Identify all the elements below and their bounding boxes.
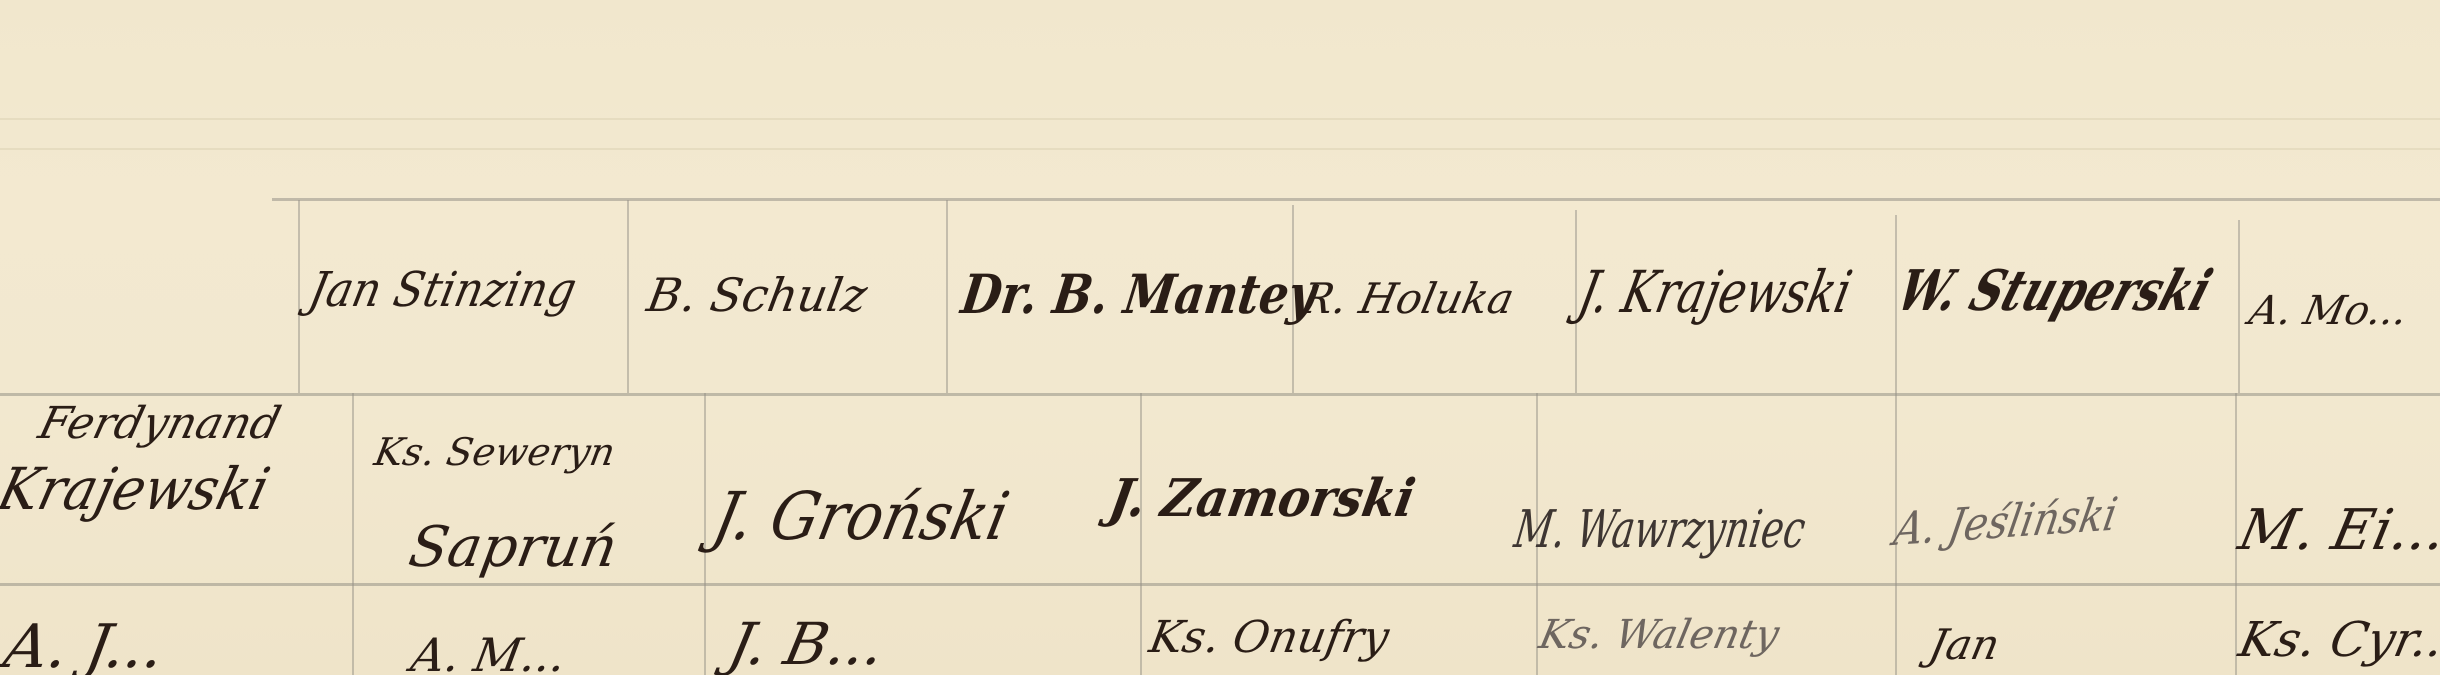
signature-jan-stinzing: Jan Stinzing [304,262,581,318]
signature-ks-seweryn-line1: Ks. Seweryn [371,430,618,474]
signature-ks-seweryn: Ks. Seweryn [371,430,618,474]
signature-j-krajewski: J. Krajewski [1573,258,1858,326]
signature-b-schulz: B. Schulz [643,268,871,322]
signature-row3-col3-partial: J. B... [723,610,891,675]
grid-column-line [946,200,948,393]
signature-w-stuperski: W. Stuperski [1889,258,2219,324]
signature-ks-walenty: Ks. Walenty [1535,612,1783,658]
signature-sapryn-line2: Sapruń [404,515,622,580]
signature-ferdynand-krajewski-line1: Ferdynand [34,398,286,449]
grid-column-line [2238,220,2240,393]
grid-rule-middle [0,393,2440,396]
grid-rule-top [272,198,2440,201]
signature-r-holuka: R. Holuka [1297,274,1519,323]
signature-ferdynand-krajewski-line2: Krajewski [0,455,276,523]
signature-ferdynand: Ferdynand [34,398,286,449]
signature-dr-b-mantey: Dr. B. Mantey [958,262,1320,326]
paper-fold-line [0,148,2440,150]
grid-rule-bottom [0,583,2440,586]
grid-column-line [704,393,706,675]
grid-column-line [627,200,629,393]
signature-a-jeslinski: A. Jeśliński [1890,487,2121,556]
grid-column-line [1140,393,1142,675]
signature-j-zamorski: J. Zamorski [1105,468,1420,529]
signature-j-gronski: J. Groński [707,478,1016,555]
grid-column-line [2235,393,2237,675]
signature-sapryn: Sapruń [404,515,622,580]
grid-column-line [298,200,300,393]
signature-a-mo-partial: A. Mo... [2245,288,2412,334]
grid-column-line [1575,210,1577,393]
signature-m-wawrzyniec: M. Wawrzyniec [1511,500,1809,560]
paper-fold-line [0,118,2440,120]
signature-krajewski: Krajewski [0,455,276,523]
signature-row3-col2-partial: A. M... [407,628,570,675]
grid-column-line [352,393,354,675]
signature-ks-cyr-partial: Ks. Cyr... [2234,612,2440,668]
signature-ks-onufry: Ks. Onufry [1146,612,1393,663]
signature-m-ei-partial: M. Ei... [2233,498,2440,563]
signature-jan: Jan [1925,620,2004,669]
signature-row3-col1-partial: A. J... [0,612,169,675]
